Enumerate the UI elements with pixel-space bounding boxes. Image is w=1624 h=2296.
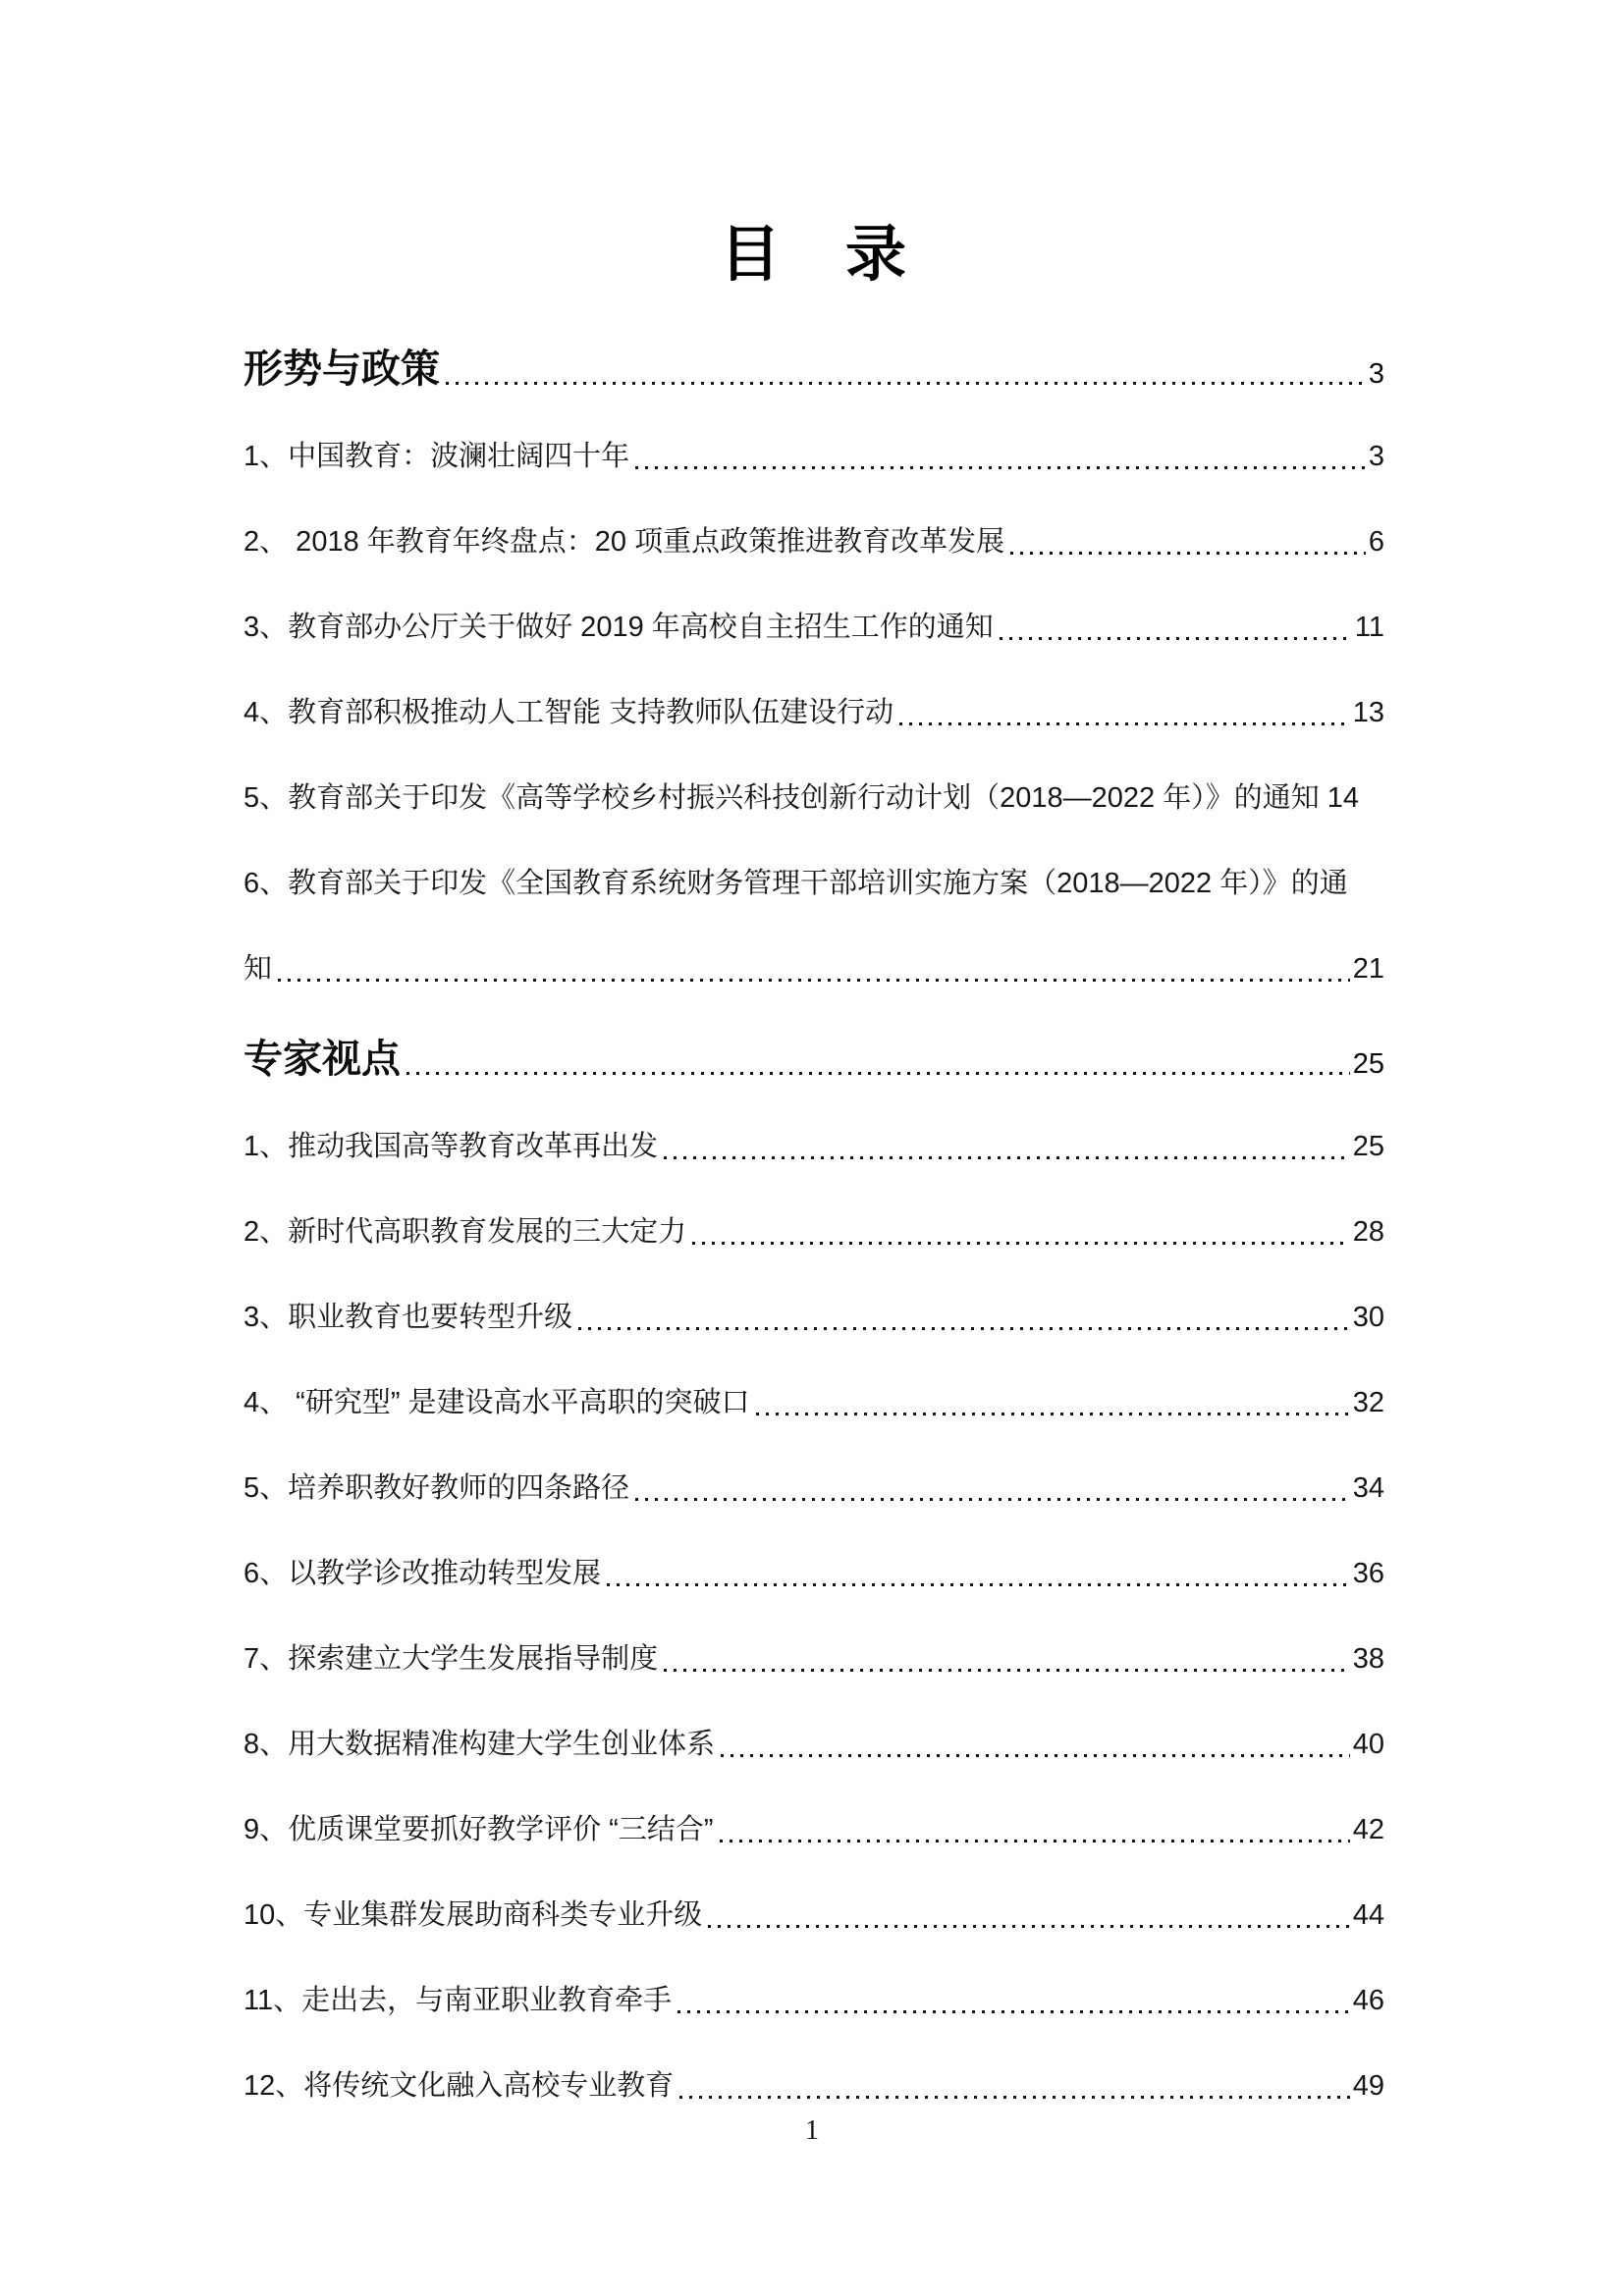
dot-leader	[635, 1498, 1350, 1501]
toc-page-number: 11	[1355, 607, 1384, 648]
toc-page-number: 6	[1369, 521, 1384, 562]
toc-entry-label: 4、教育部积极推动人工智能 支持教师队伍建设行动	[244, 692, 893, 733]
dot-leader	[607, 1583, 1350, 1586]
toc-entry-label: 6、以教学诊改推动转型发展	[244, 1553, 601, 1594]
toc-page-number: 36	[1353, 1553, 1384, 1594]
toc-entry[interactable]: 4、 “研究型” 是建设高水平高职的突破口32	[244, 1382, 1384, 1423]
toc-page-number: 25	[1353, 1043, 1384, 1085]
toc-heading-label: 专家视点	[244, 1034, 401, 1085]
toc-entry-label: 3、教育部办公厅关于做好 2019 年高校自主招生工作的通知	[244, 607, 994, 648]
toc-entry[interactable]: 2、新时代高职教育发展的三大定力28	[244, 1211, 1384, 1253]
toc-page-number: 3	[1369, 436, 1384, 477]
document-page: 目 录 形势与政策31、中国教育：波澜壮阔四十年32、 2018 年教育年终盘点…	[0, 0, 1624, 2296]
toc-entry[interactable]: 8、用大数据精准构建大学生创业体系40	[244, 1724, 1384, 1765]
toc-entry[interactable]: 知21	[244, 948, 1384, 989]
toc-entry-label: 12、将传统文化融入高校专业教育	[244, 2065, 674, 2107]
table-of-contents: 形势与政策31、中国教育：波澜壮阔四十年32、 2018 年教育年终盘点：20 …	[244, 344, 1384, 2107]
toc-entry[interactable]: 1、推动我国高等教育改革再出发25	[244, 1126, 1384, 1167]
toc-entry-label: 1、中国教育：波澜壮阔四十年	[244, 436, 629, 477]
dot-leader	[720, 1840, 1350, 1842]
toc-page-number: 44	[1353, 1895, 1384, 1936]
toc-entry-label: 2、新时代高职教育发展的三大定力	[244, 1211, 686, 1253]
dot-leader	[664, 1156, 1350, 1159]
toc-entry-label: 3、职业教育也要转型升级	[244, 1297, 572, 1338]
toc-entry-label: 11、走出去，与南亚职业教育牵手	[244, 1980, 672, 2021]
dot-leader	[899, 722, 1350, 725]
toc-entry[interactable]: 10、专业集群发展助商科类专业升级44	[244, 1895, 1384, 1936]
dot-leader	[677, 2010, 1350, 2013]
toc-entry[interactable]: 5、培养职教好教师的四条路径34	[244, 1468, 1384, 1509]
toc-entry[interactable]: 4、教育部积极推动人工智能 支持教师队伍建设行动13	[244, 692, 1384, 733]
toc-entry-label: 知	[244, 948, 272, 989]
dot-leader	[278, 979, 1350, 982]
toc-entry-label: 2、 2018 年教育年终盘点：20 项重点政策推进教育改革发展	[244, 521, 1004, 562]
toc-entry-label: 10、专业集群发展助商科类专业升级	[244, 1895, 702, 1936]
footer-page-number: 1	[0, 2115, 1624, 2147]
toc-entry-label: 8、用大数据精准构建大学生创业体系	[244, 1724, 715, 1765]
toc-page-number: 25	[1353, 1126, 1384, 1167]
toc-page-number: 30	[1353, 1297, 1384, 1338]
page-content: 目 录 形势与政策31、中国教育：波澜壮阔四十年32、 2018 年教育年终盘点…	[244, 0, 1384, 2107]
toc-entry[interactable]: 3、教育部办公厅关于做好 2019 年高校自主招生工作的通知11	[244, 607, 1384, 648]
toc-entry-label: 6、教育部关于印发《全国教育系统财务管理干部培训实施方案（2018—2022 年…	[244, 863, 1348, 904]
dot-leader	[1000, 637, 1352, 640]
toc-page-number: 46	[1353, 1980, 1384, 2021]
toc-entry-label: 4、 “研究型” 是建设高水平高职的突破口	[244, 1382, 750, 1423]
toc-entry[interactable]: 1、中国教育：波澜壮阔四十年3	[244, 436, 1384, 477]
toc-entry-label: 7、探索建立大学生发展指导制度	[244, 1638, 658, 1680]
toc-section-heading[interactable]: 专家视点25	[244, 1034, 1384, 1085]
dot-leader	[679, 2096, 1349, 2099]
dot-leader	[446, 382, 1366, 385]
toc-entry[interactable]: 11、走出去，与南亚职业教育牵手46	[244, 1980, 1384, 2021]
dot-leader	[578, 1327, 1350, 1330]
toc-page-number: 38	[1353, 1638, 1384, 1680]
toc-entry[interactable]: 6、教育部关于印发《全国教育系统财务管理干部培训实施方案（2018—2022 年…	[244, 863, 1384, 904]
dot-leader	[721, 1754, 1350, 1757]
toc-entry-label: 9、优质课堂要抓好教学评价 “三结合”	[244, 1809, 714, 1850]
dot-leader	[635, 466, 1366, 469]
toc-entry[interactable]: 7、探索建立大学生发展指导制度38	[244, 1638, 1384, 1680]
toc-heading-label: 形势与政策	[244, 344, 440, 395]
toc-entry[interactable]: 6、以教学诊改推动转型发展36	[244, 1553, 1384, 1594]
toc-entry[interactable]: 12、将传统文化融入高校专业教育49	[244, 2065, 1384, 2107]
toc-page-number: 21	[1353, 948, 1384, 989]
toc-page-number: 49	[1353, 2065, 1384, 2107]
dot-leader	[756, 1413, 1350, 1415]
page-title: 目 录	[244, 0, 1384, 290]
dot-leader	[1010, 552, 1366, 555]
toc-entry[interactable]: 2、 2018 年教育年终盘点：20 项重点政策推进教育改革发展6	[244, 521, 1384, 562]
toc-page-number: 28	[1353, 1211, 1384, 1253]
toc-page-number: 40	[1353, 1724, 1384, 1765]
toc-entry[interactable]: 5、教育部关于印发《高等学校乡村振兴科技创新行动计划（2018—2022 年）》…	[244, 777, 1384, 819]
dot-leader	[664, 1669, 1350, 1672]
toc-entry-label: 5、教育部关于印发《高等学校乡村振兴科技创新行动计划（2018—2022 年）》…	[244, 777, 1320, 819]
toc-entry[interactable]: 3、职业教育也要转型升级30	[244, 1297, 1384, 1338]
toc-page-number: 32	[1353, 1382, 1384, 1423]
dot-leader	[406, 1072, 1350, 1075]
dot-leader	[708, 1925, 1349, 1928]
toc-entry-label: 5、培养职教好教师的四条路径	[244, 1468, 629, 1509]
dot-leader	[692, 1242, 1350, 1245]
toc-page-number: 3	[1369, 353, 1384, 395]
toc-entry[interactable]: 9、优质课堂要抓好教学评价 “三结合” 42	[244, 1809, 1384, 1850]
toc-entry-label: 1、推动我国高等教育改革再出发	[244, 1126, 658, 1167]
toc-section-heading[interactable]: 形势与政策3	[244, 344, 1384, 395]
toc-page-number: 14	[1327, 777, 1359, 819]
toc-page-number: 13	[1353, 692, 1384, 733]
toc-page-number: 34	[1353, 1468, 1384, 1509]
toc-page-number: 42	[1353, 1809, 1384, 1850]
